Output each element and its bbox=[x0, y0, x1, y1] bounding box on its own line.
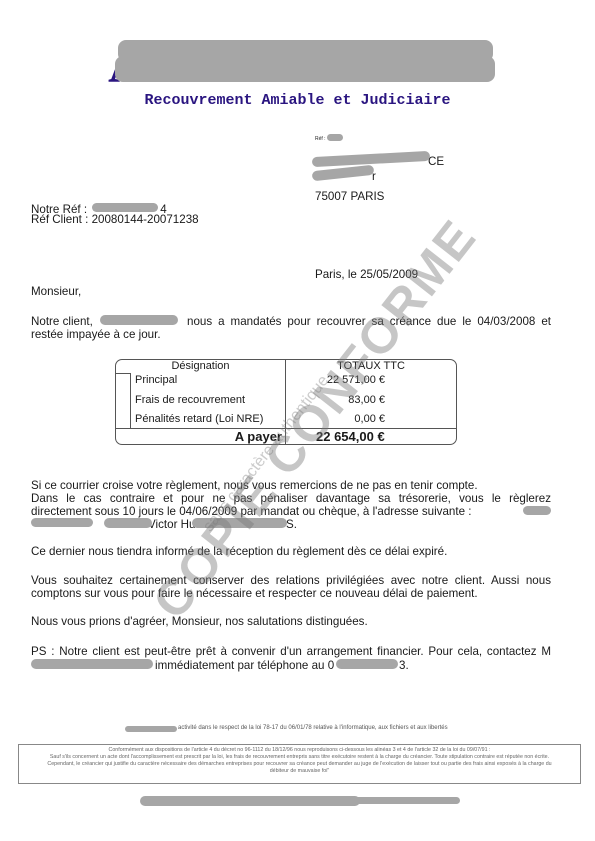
redacted-address bbox=[31, 518, 93, 527]
ref-client: Réf Client : 20080144-20071238 bbox=[31, 213, 199, 226]
recipient-ref: Réf : bbox=[315, 136, 326, 142]
redacted-address bbox=[104, 518, 152, 528]
company-tagline: Recouvrement Amiable et Judiciaire bbox=[0, 92, 595, 109]
postscript-line-2: immédiatement par téléphone au 0 bbox=[155, 659, 334, 672]
closing-formula: Nous vous prions d'agréer, Monsieur, nos… bbox=[31, 615, 368, 628]
redacted-ref bbox=[327, 134, 343, 141]
cnil-notice: activité dans le respect de la loi 78-17… bbox=[178, 725, 448, 731]
intro-line-2: restée impayée à ce jour. bbox=[31, 328, 161, 341]
legal-notice-box: Conformément aux dispositions de l'artic… bbox=[18, 744, 581, 784]
redacted-notre-ref bbox=[92, 203, 158, 212]
redacted-recipient-name bbox=[312, 151, 430, 167]
total-label: A payer bbox=[116, 429, 282, 444]
body-paragraph-4-line-2: comptons sur vous pour faire le nécessai… bbox=[31, 587, 478, 600]
redacted-contact-name bbox=[31, 659, 153, 669]
redacted-phone bbox=[336, 659, 398, 669]
redacted-company-footer bbox=[125, 726, 177, 732]
redacted-company-address bbox=[350, 797, 460, 804]
redacted-client-name bbox=[100, 315, 178, 325]
table-row-label: Frais de recouvrement bbox=[135, 394, 245, 406]
postscript-line-1: PS : Notre client est peut-être prêt à c… bbox=[31, 645, 551, 658]
redacted-recipient-street bbox=[312, 165, 375, 181]
salutation: Monsieur, bbox=[31, 285, 81, 298]
table-row-label: Pénalités retard (Loi NRE) bbox=[135, 413, 263, 425]
table-header-designation: Désignation bbox=[116, 360, 285, 372]
redacted-logo bbox=[115, 56, 495, 82]
recipient-name: CE bbox=[428, 155, 444, 168]
body-paragraph-2-line-3: Victor Hu bbox=[148, 518, 195, 531]
intro-prefix: Notre client, bbox=[31, 315, 93, 328]
recipient-city: 75007 PARIS bbox=[315, 190, 384, 203]
body-paragraph-4-line-1: Vous souhaitez certainement conserver de… bbox=[31, 574, 551, 587]
recipient-ref-label: Réf : bbox=[315, 136, 326, 142]
postscript-line-2-end: 3. bbox=[399, 659, 409, 672]
body-paragraph-2-line-3-end: S. bbox=[286, 518, 297, 531]
redacted-address bbox=[523, 506, 551, 515]
legal-line: débiteur de mauvaise foi" bbox=[19, 768, 580, 775]
table-row-label: Principal bbox=[135, 374, 177, 386]
redacted-company-address bbox=[140, 796, 360, 806]
